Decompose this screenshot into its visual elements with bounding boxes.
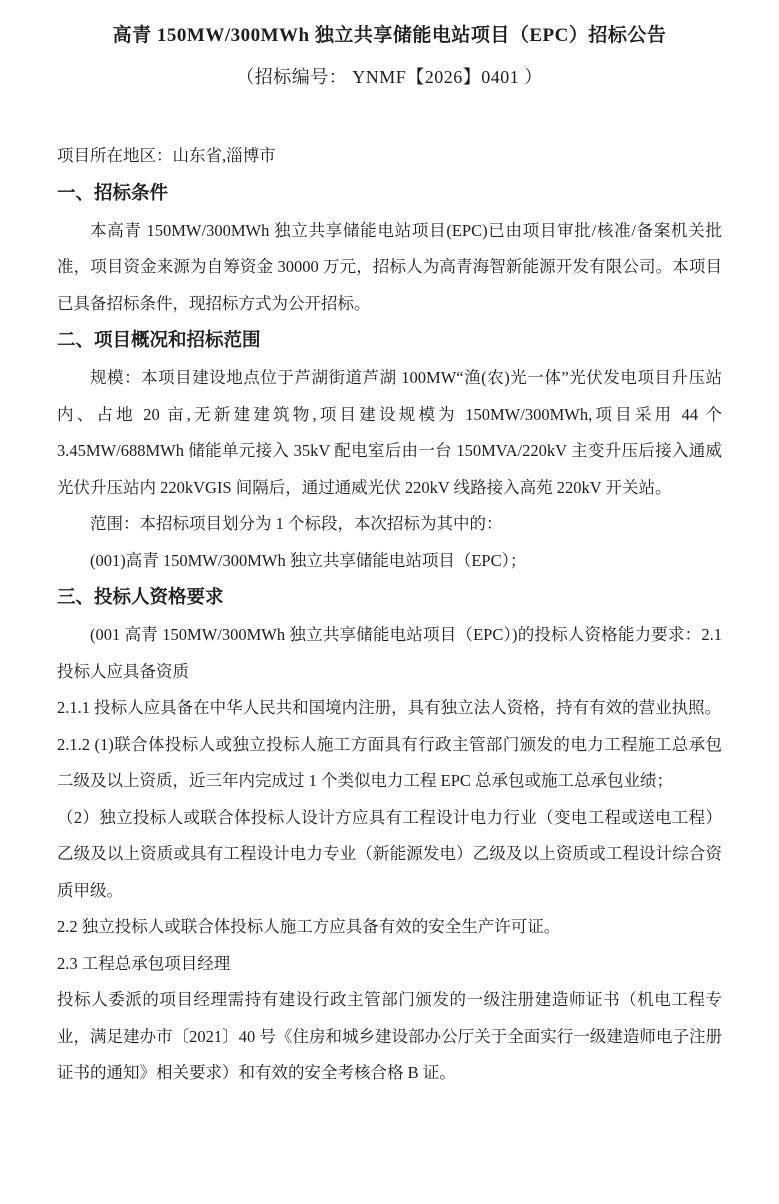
tender-scope-line: 范围：本招标项目划分为 1 个标段，本次招标为其中的：	[57, 506, 722, 543]
section-1-heading: 一、招标条件	[57, 176, 722, 213]
project-manager-paragraph: 投标人委派的项目经理需持有建设行政主管部门颁发的一级注册建造师证书（机电工程专业…	[57, 982, 722, 1092]
document-page: 高青 150MW/300MWh 独立共享储能电站项目（EPC）招标公告 （招标编…	[0, 0, 779, 1204]
document-title: 高青 150MW/300MWh 独立共享储能电站项目（EPC）招标公告	[57, 24, 722, 48]
section-2-heading: 二、项目概况和招标范围	[57, 323, 722, 360]
lot-001-line: (001)高青 150MW/300MWh 独立共享储能电站项目（EPC）；	[57, 543, 722, 580]
tender-number-line: （招标编号： YNMF【2026】0401 ）	[57, 66, 722, 88]
section-3-heading: 三、投标人资格要求	[57, 580, 722, 617]
project-location-line: 项目所在地区：山东省,淄博市	[57, 138, 722, 175]
clause-2-2: 2.2 独立投标人或联合体投标人施工方应具备有效的安全生产许可证。	[57, 909, 722, 946]
qualification-intro-paragraph: (001 高青 150MW/300MWh 独立共享储能电站项目（EPC）)的投标…	[57, 617, 722, 690]
section-1-paragraph: 本高青 150MW/300MWh 独立共享储能电站项目(EPC)已由项目审批/核…	[57, 213, 722, 323]
project-scale-paragraph: 规模：本项目建设地点位于芦湖街道芦湖 100MW“渔(农)光一体”光伏发电项目升…	[57, 360, 722, 506]
clause-2-1-1: 2.1.1 投标人应具备在中华人民共和国境内注册，具有独立法人资格，持有有效的营…	[57, 690, 722, 727]
clause-2-1-2-item2: （2）独立投标人或联合体投标人设计方应具有工程设计电力行业（变电工程或送电工程）…	[57, 800, 722, 910]
clause-2-1-2: 2.1.2 (1)联合体投标人或独立投标人施工方面具有行政主管部门颁发的电力工程…	[57, 727, 722, 800]
clause-2-3: 2.3 工程总承包项目经理	[57, 946, 722, 983]
